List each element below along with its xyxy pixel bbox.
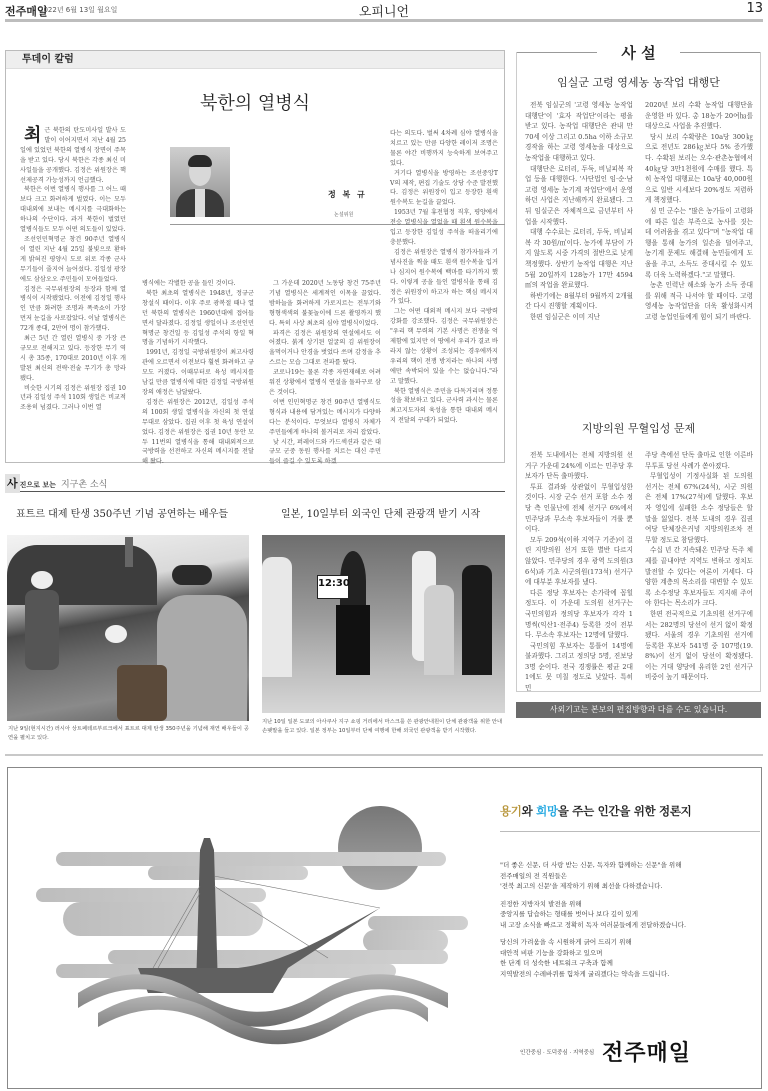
paragraph: 파격은 김정은 위원장의 연설에서도 이어졌다. 붉게 상기된 얼굴의 김 위원… bbox=[269, 329, 381, 369]
line: 지역발전의 수레바퀴를 힘차게 굴리겠다는 약속을 드립니다. bbox=[500, 970, 669, 978]
photo-caption: 지난 10일 일본 도쿄의 아사쿠사 지구 쇼핑 거리에서 마스크를 쓴 관광안… bbox=[262, 718, 507, 736]
paragraph: 한편 임실군은 이미 지난 bbox=[525, 312, 633, 323]
paragraph: 이번 인민혁명군 창건 90주년 열병식도 형식과 내용에 담겨있는 메시지가 … bbox=[269, 398, 381, 438]
paragraph: 1991년, 김정일 국방위원장이 최고사령관에 오르면서 이전보다 훨씬 화려… bbox=[142, 348, 254, 398]
line: 전주매일의 전 직원들은 bbox=[500, 872, 567, 880]
author-photo bbox=[170, 147, 230, 217]
paragraph: 대행단은 로터리, 두둑, 비닐피복 작업 등을 대행한다. '사단법인 임·순… bbox=[525, 164, 633, 228]
photo-title: 일본, 10일부터 외국인 단체 관광객 받기 시작 bbox=[281, 505, 480, 520]
issue-date: 2022년 6월 13일 월요일 bbox=[39, 5, 117, 15]
paragraph: 병식에는 각별한 공을 들인 것이다. bbox=[142, 279, 254, 289]
editorial-title: 지방의원 무혈입성 문제 bbox=[517, 420, 760, 436]
paragraph: 조선인민혁명군 창건 90주년 열병식이 열린 지난 4월 25일 불빛으로 환… bbox=[20, 235, 126, 285]
slogan-part: 을 주는 인간을 위한 정론지 bbox=[558, 804, 692, 818]
column-text-col2: 병식에는 각별한 공을 들인 것이다. 북한 최초의 열병식은 1948년, 정… bbox=[142, 279, 254, 467]
photo-russia-performers bbox=[7, 535, 249, 721]
ad-motto: 인간중심 · 도덕중심 · 지역중심 bbox=[520, 1048, 594, 1056]
photo-japan-tourism: 12:30 bbox=[262, 535, 505, 713]
paragraph: 주당 측에선 단독 출마로 인한 이른바 무투표 당선 사례가 쏟아졌다. bbox=[645, 450, 753, 471]
line: 한 단계 더 성숙한 네트워크 구축과 함께 bbox=[500, 959, 613, 967]
paragraph: 심 민 군수는 "많은 농가들이 고령화에 따른 일손 부족으로 농사를 짓는 … bbox=[645, 206, 753, 280]
paragraph: 2020년 보리 수확 농작업 대행단을 운영한 바 있다. 총 18농가 20… bbox=[645, 100, 753, 132]
paragraph: 다른 정당 후보자는 손가락에 꼽힐 정도다. 이 가운데 도의원 선거구는 국… bbox=[525, 588, 633, 641]
line: 당신의 가려움을 속 시원하게 긁어 드리기 위해 bbox=[500, 938, 632, 946]
newspaper-logo: 전주매일 bbox=[602, 1036, 691, 1067]
paragraph: 국민의힘 후보자는 통틀어 14명에 불과했다. 그리고 정의당 5명, 진보당… bbox=[525, 641, 633, 694]
paragraph: 북한은 이번 열병식 행사를 그 어느 때보다 크고 화려하게 벌였다. 이는 … bbox=[20, 185, 126, 235]
line: 대안적 비판 기능을 강화하고 있으며 bbox=[500, 949, 602, 957]
column-text-col3: 그 가운데 2020년 노동당 창건 75주년 기념 열병식은 세계적인 이목을… bbox=[269, 279, 381, 467]
paragraph: 북한 열병식은 주민을 다독거리며 정통성을 확보하고 있다. 군사력 과시는 … bbox=[390, 387, 498, 427]
editorial-text: 2020년 보리 수확 농작업 대행단을 운영한 바 있다. 총 18농가 20… bbox=[645, 100, 753, 322]
paragraph: 비슷한 시기의 김정은 위원장 집권 10년과 김일성 주석 110회 생일은 … bbox=[20, 384, 126, 414]
ad-paragraph: 진정한 지방자치 발전을 위해 중앙지를 답습하는 형태를 벗어나 보다 깊이 … bbox=[500, 899, 760, 931]
photo-caption: 지난 9일(현지시간) 러시아 상트페테르부르크에서 표트르 대제 탄생 350… bbox=[8, 725, 251, 743]
header-initial: 사 bbox=[5, 474, 20, 493]
paragraph: 모두 209석(이하 지역구 기준)이 걸린 지방의원 선거 또한 별반 다르지… bbox=[525, 535, 633, 588]
column-label: 투데이 칼럼 bbox=[6, 51, 504, 69]
editorial-header: 사 설 bbox=[517, 42, 760, 63]
ad-body: "더 좋은 신문, 더 사랑 받는 신문, 독자와 함께하는 신문"을 위해 전… bbox=[500, 860, 760, 986]
line: "더 좋은 신문, 더 사랑 받는 신문, 독자와 함께하는 신문"을 위해 bbox=[500, 861, 681, 869]
paragraph: 농촌 인력난 해소와 농가 소득 증대를 위해 적극 나서야 할 때이다. 고령… bbox=[645, 280, 753, 322]
disclaimer-banner: 사외기고는 본보의 편집방향과 다를 수도 있습니다. bbox=[516, 702, 761, 718]
header-light: 지구촌 소식 bbox=[61, 480, 107, 490]
ad-slogan: 용기와 희망을 주는 인간을 위한 정론지 bbox=[500, 803, 691, 819]
line: 진정한 지방자치 발전을 위해 bbox=[500, 900, 582, 908]
divider bbox=[5, 754, 763, 756]
editorial-section: 사 설 임실군 고령 영세농 농작업 대행단 전북 임실군의 '고령 영세농 농… bbox=[516, 52, 761, 692]
today-column: 투데이 칼럼 북한의 열병식 최 근 북한의 탄도미사일 발사 도발이 이어지면… bbox=[5, 50, 505, 463]
paragraph: 투표 결과와 상관없이 무혈입성한 것이다. 시장 군수 선거 포함 소수 정당… bbox=[525, 482, 633, 535]
author-role: 논설위원 bbox=[334, 211, 353, 218]
photo-news-header: 사진으로 보는 지구촌 소식 bbox=[5, 472, 505, 492]
paragraph: 하반기에는 8월부터 9월까지 2개월간 다시 진행할 계획이다. bbox=[525, 291, 633, 312]
masthead: 전주매일 2022년 6월 13일 월요일 오피니언 13 bbox=[5, 0, 763, 22]
page-number: 13 bbox=[746, 1, 763, 16]
dropcap: 최 bbox=[24, 128, 41, 144]
editorial-text: 주당 측에선 단독 출마로 인한 이른바 무투표 당선 사례가 쏟아졌다. 무혈… bbox=[645, 450, 753, 683]
slogan-part: 와 bbox=[522, 804, 537, 818]
column-text-col1: 최 근 북한의 탄도미사일 발사 도발이 이어지면서 지난 4월 25일에 있었… bbox=[20, 126, 126, 413]
paragraph: 한편 전국적으로 기초의원 선거구에서는 282명의 당선이 선거 없이 확정됐… bbox=[645, 609, 753, 683]
column-title: 북한의 열병식 bbox=[6, 89, 504, 115]
paragraph: 당시 보리 수확량은 10a당 300㎏으로 전년도 286㎏보다 5% 증가했… bbox=[645, 132, 753, 206]
paragraph: 낮 시간, 퍼레이드와 카드섹션과 같은 대규모 군중 동원 행사를 치르는 대… bbox=[269, 438, 381, 468]
divider bbox=[500, 831, 760, 832]
author-name: 정 복 규 bbox=[328, 189, 367, 200]
paragraph: 1953년 7월 휴전협정 직후, 평양에서 전승 열병식을 열었을 때 흰색 … bbox=[390, 208, 498, 248]
column-text-col4: 다는 의도다. 벌써 4차례 심야 열병식을 치르고 있는 만큼 다양한 레이저… bbox=[390, 129, 498, 426]
paragraph: 그 가운데 2020년 노동당 창건 75주년 기념 열병식은 세계적인 이목을… bbox=[269, 279, 381, 329]
paragraph: 대행 수수료는 로터리, 두둑, 비닐피복 각 30원/㎡이다. 농가에 부담이… bbox=[525, 227, 633, 291]
paragraph: 수십 년 간 지속돼온 민주당 독주 체제를 끝내야만 지역도 변하고 정치도 … bbox=[645, 545, 753, 609]
ship-illustration-icon bbox=[8, 768, 488, 1090]
line: 중앙지를 답습하는 형태를 벗어나 보다 깊이 있게 bbox=[500, 910, 638, 918]
paragraph: 김정은 국무위원장의 등장과 함께 열병식이 시작됐었다. 이전에 김정일 행사… bbox=[20, 285, 126, 335]
paragraph: 코로나19는 물론 각종 자연재해로 어려워진 상황에서 열병식 연설을 돌파구… bbox=[269, 368, 381, 398]
editorial-title: 임실군 고령 영세농 농작업 대행단 bbox=[517, 74, 760, 90]
photo-title: 표트르 대제 탄생 350주년 기념 공연하는 배우들 bbox=[16, 505, 228, 520]
paragraph: 북한 최초의 열병식은 1948년, 정규군 창설식 때이다. 이후 주로 광복… bbox=[142, 289, 254, 348]
paragraph: 최근 5년 간 열린 열병식 중 가장 큰 규모로 전해지고 있다. 등장한 무… bbox=[20, 334, 126, 384]
line: 내 고장 소식을 빠르고 정확히 독자 여러분들에게 전달하겠습니다. bbox=[500, 921, 686, 929]
sign-text: 12:30 bbox=[317, 575, 349, 599]
header-small: 진으로 보는 bbox=[20, 481, 56, 489]
paragraph: 김정은 위원장은 열병식 참가자들과 기념사진을 찍을 때도 흰색 원수복을 입… bbox=[390, 248, 498, 307]
slogan-courage: 용기 bbox=[500, 804, 522, 818]
paragraph: 전북 임실군의 '고령 영세농 농작업 대행단'이 '효자 작업단'이라는 평을… bbox=[525, 100, 633, 164]
paragraph: 다는 의도다. 벌써 4차례 심야 열병식을 치르고 있는 만큼 다양한 레이저… bbox=[390, 129, 498, 169]
editorial-text: 전북 도내에서는 전체 지방의원 선거구 가운데 24%에 이르는 민주당 후보… bbox=[525, 450, 633, 694]
slogan-hope: 희망 bbox=[536, 804, 558, 818]
paragraph: 김정은 위원장은 2012년, 김일성 주석의 100회 생일 열병식을 자신의… bbox=[142, 398, 254, 467]
section-title: 오피니언 bbox=[5, 1, 763, 20]
paragraph: 거기다 열병식을 방영하는 조선중앙TV의 제작, 편집 기술도 상당 수준 발… bbox=[390, 169, 498, 209]
ad-paragraph: "더 좋은 신문, 더 사랑 받는 신문, 독자와 함께하는 신문"을 위해 전… bbox=[500, 860, 760, 892]
paragraph: 무혈입성이 기정사실화 된 도의원 선거는 전체 67%(24석), 시군 의원… bbox=[645, 471, 753, 545]
ad-paragraph: 당신의 가려움을 속 시원하게 긁어 드리기 위해 대안적 비판 기능을 강화하… bbox=[500, 937, 760, 979]
editorial-text: 전북 임실군의 '고령 영세농 농작업 대행단'이 '효자 작업단'이라는 평을… bbox=[525, 100, 633, 322]
line: '전북 최고의 신문'을 제작하기 위해 최선을 다하겠습니다. bbox=[500, 882, 662, 890]
paragraph: 전북 도내에서는 전체 지방의원 선거구 가운데 24%에 이르는 민주당 후보… bbox=[525, 450, 633, 482]
paragraph: 그는 어떤 대외적 메시지 보다 국방력 강화를 강조했다. 김정은 국무위원장… bbox=[390, 307, 498, 386]
